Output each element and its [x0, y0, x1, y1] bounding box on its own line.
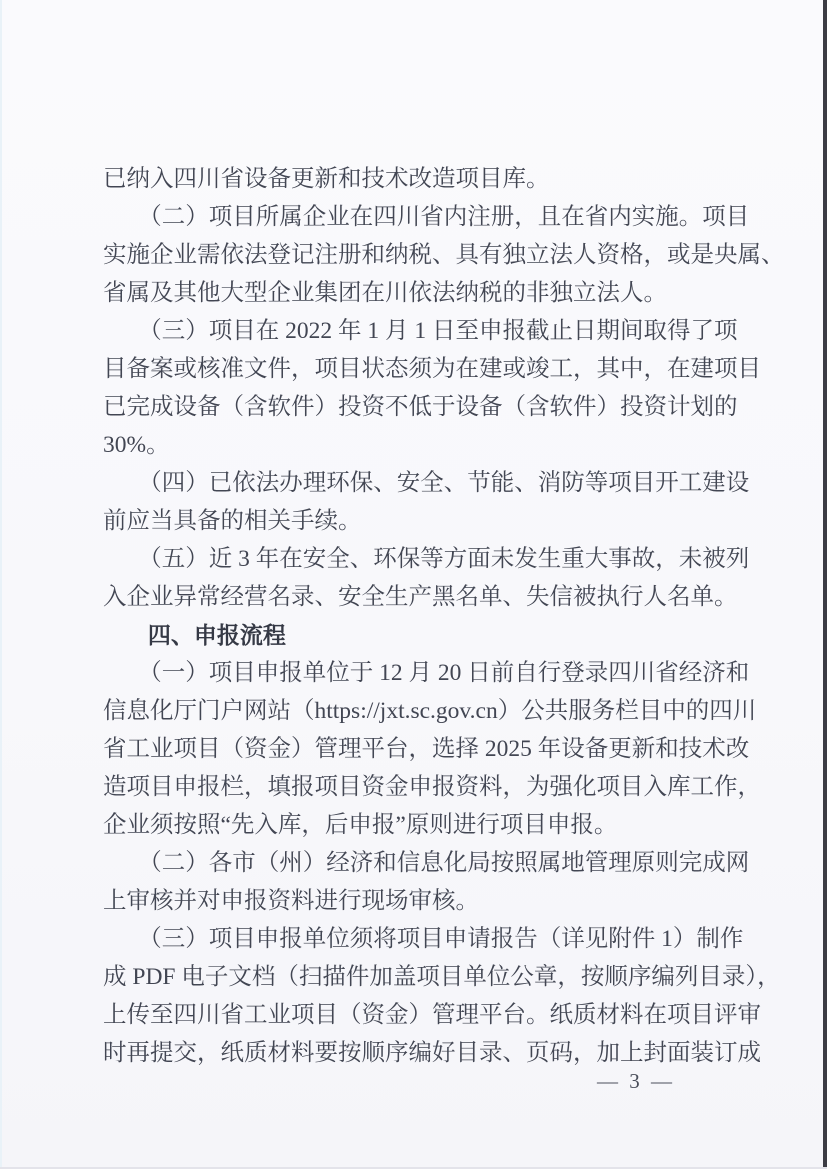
- text-line: 已纳入四川省设备更新和技术改造项目库。: [103, 160, 719, 198]
- scan-right-edge: [823, 0, 827, 1169]
- scanned-document-page: { "colors": { "paper": "#fafafd", "ink":…: [0, 0, 827, 1169]
- text-line: （四）已依法办理环保、安全、节能、消防等项目开工建设: [103, 464, 719, 502]
- text-line: 成 PDF 电子文档（扫描件加盖项目单位公章，按顺序编列目录），: [103, 958, 719, 996]
- text-line: 30%。: [103, 426, 719, 464]
- text-line: 前应当具备的相关手续。: [103, 502, 719, 540]
- text-line: （五）近 3 年在安全、环保等方面未发生重大事故，未被列: [103, 540, 719, 578]
- text-line: 实施企业需依法登记注册和纳税、具有独立法人资格，或是央属、: [103, 236, 719, 274]
- page-number: — 3 —: [597, 1068, 675, 1094]
- text-line: 入企业异常经营名录、安全生产黑名单、失信被执行人名单。: [103, 578, 719, 616]
- text-line: 省工业项目（资金）管理平台，选择 2025 年设备更新和技术改: [103, 730, 719, 768]
- text-line: （二）各市（州）经济和信息化局按照属地管理原则完成网: [103, 844, 719, 882]
- text-line: 省属及其他大型企业集团在川依法纳税的非独立法人。: [103, 274, 719, 312]
- section-heading: 四、申报流程: [103, 616, 719, 654]
- document-body: 已纳入四川省设备更新和技术改造项目库。（二）项目所属企业在四川省内注册，且在省内…: [103, 160, 719, 1072]
- text-line: （三）项目申报单位须将项目申请报告（详见附件 1）制作: [103, 920, 719, 958]
- text-line: 造项目申报栏，填报项目资金申报资料，为强化项目入库工作，: [103, 768, 719, 806]
- text-line: 上传至四川省工业项目（资金）管理平台。纸质材料在项目评审: [103, 996, 719, 1034]
- text-line: 已完成设备（含软件）投资不低于设备（含软件）投资计划的: [103, 388, 719, 426]
- text-line: （三）项目在 2022 年 1 月 1 日至申报截止日期间取得了项: [103, 312, 719, 350]
- text-line: （一）项目申报单位于 12 月 20 日前自行登录四川省经济和: [103, 654, 719, 692]
- text-line: 信息化厅门户网站（https://jxt.sc.gov.cn）公共服务栏目中的四…: [103, 692, 719, 730]
- text-line: 上审核并对申报资料进行现场审核。: [103, 882, 719, 920]
- scan-left-edge: [0, 0, 2, 1169]
- text-line: （二）项目所属企业在四川省内注册，且在省内实施。项目: [103, 198, 719, 236]
- text-line: 时再提交，纸质材料要按顺序编好目录、页码，加上封面装订成: [103, 1034, 719, 1072]
- text-line: 目备案或核准文件，项目状态须为在建或竣工，其中，在建项目: [103, 350, 719, 388]
- text-line: 企业须按照“先入库，后申报”原则进行项目申报。: [103, 806, 719, 844]
